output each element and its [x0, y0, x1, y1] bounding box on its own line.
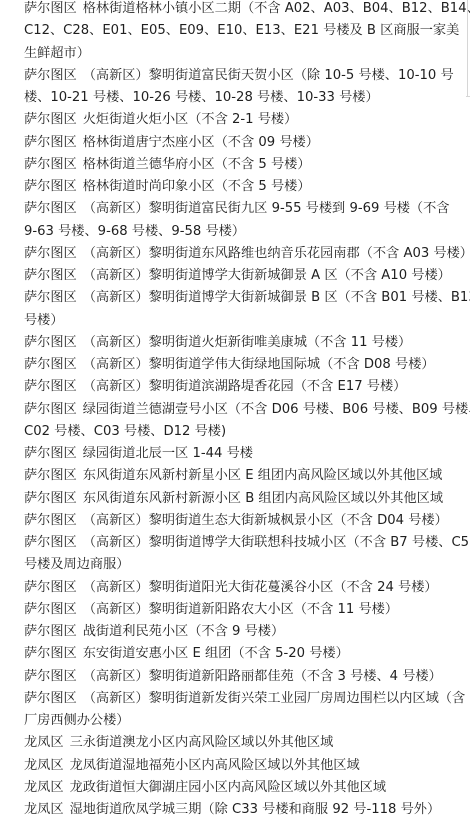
district-name: 萨尔图区: [24, 691, 77, 706]
area-text: （高新区）黎明街道富民街天贺小区（除 10-5 号楼、10-10 号: [83, 68, 454, 83]
area-text: （高新区）黎明街道博学大街联想科技城小区（不含 B7 号楼、C5: [83, 535, 469, 550]
district-name: 萨尔图区: [24, 535, 77, 550]
district-name: 萨尔图区: [24, 669, 77, 684]
area-text: 楼、10-21 号楼、10-26 号楼、10-28 号楼、10-33 号楼）: [24, 90, 379, 105]
area-text: （高新区）黎明街道新阳路丽都佳苑（不含 3 号楼、4 号楼）: [83, 669, 442, 684]
district-name: 萨尔图区: [24, 1, 77, 16]
area-text: （高新区）黎明街道新发街兴荣工业园厂房周边围栏以内区域（含: [83, 691, 465, 706]
district-name: 萨尔图区: [24, 402, 77, 417]
doc-line: 龙凤区三永街道澳龙小区内高风险区域以外其他区域: [24, 732, 454, 754]
doc-line: 萨尔图区格林街道格林小镇小区二期（不含 A02、A03、B04、B12、B14、: [24, 0, 454, 20]
doc-line: 厂房西侧办公楼）: [24, 710, 454, 732]
area-text: 东安街道安惠小区 E 组团（不含 5-20 号楼）: [83, 646, 349, 661]
district-name: 萨尔图区: [24, 580, 77, 595]
area-text: 厂房西侧办公楼）: [24, 713, 130, 728]
area-text: 9-63 号楼、9-68 号楼、9-58 号楼）: [24, 224, 245, 239]
area-text: 格林街道格林小镇小区二期（不含 A02、A03、B04、B12、B14、: [83, 1, 470, 16]
district-name: 萨尔图区: [24, 513, 77, 528]
doc-line: 萨尔图区（高新区）黎明街道博学大街新城御景 B 区（不含 B01 号楼、B13: [24, 287, 454, 309]
doc-line: 萨尔图区（高新区）黎明街道富民街九区 9-55 号楼到 9-69 号楼（不含: [24, 198, 454, 220]
area-text: 格林街道唐宁杰座小区（不含 09 号楼）: [83, 135, 319, 150]
doc-line: 萨尔图区绿园街道北辰一区 1-44 号楼: [24, 443, 454, 465]
area-text: （高新区）黎明街道火炬新街唯美康城（不含 11 号楼）: [83, 335, 411, 350]
doc-line: C12、C28、E01、E05、E09、E10、E13、E21 号楼及 B 区商…: [24, 20, 454, 42]
doc-line: 萨尔图区（高新区）黎明街道滨湖路堤香花园（不含 E17 号楼）: [24, 376, 454, 398]
area-text: 龙凤街道湿地福苑小区内高风险区域以外其他区域: [70, 758, 360, 773]
doc-line: 生鲜超市）: [24, 43, 454, 65]
area-text: （高新区）黎明街道阳光大街花蔓溪谷小区（不含 24 号楼）: [83, 580, 438, 595]
area-text: 格林街道兰德华府小区（不含 5 号楼）: [83, 157, 311, 172]
area-text: 火炬街道火炬小区（不含 2-1 号楼）: [83, 112, 298, 127]
area-text: （高新区）黎明街道博学大街新城御景 B 区（不含 B01 号楼、B13: [83, 290, 470, 305]
district-name: 萨尔图区: [24, 157, 77, 172]
district-name: 萨尔图区: [24, 602, 77, 617]
district-name: 萨尔图区: [24, 290, 77, 305]
doc-line: 号楼）: [24, 310, 454, 332]
area-text: 战街道利民苑小区（不含 9 号楼）: [83, 624, 284, 639]
doc-line: 9-63 号楼、9-68 号楼、9-58 号楼）: [24, 221, 454, 243]
doc-line: 龙凤区龙凤街道湿地福苑小区内高风险区域以外其他区域: [24, 755, 454, 777]
doc-line: 萨尔图区（高新区）黎明街道新阳路农大小区（不含 11 号楼）: [24, 599, 454, 621]
area-text: 生鲜超市）: [24, 46, 90, 61]
area-text: （高新区）黎明街道新阳路农大小区（不含 11 号楼）: [83, 602, 398, 617]
area-text: 东风街道东风新村新源小区 B 组团内高风险区域以外其他区域: [83, 491, 443, 506]
doc-line: 萨尔图区格林街道兰德华府小区（不含 5 号楼）: [24, 154, 454, 176]
district-name: 龙凤区: [24, 735, 64, 750]
doc-line: 萨尔图区火炬街道火炬小区（不含 2-1 号楼）: [24, 109, 454, 131]
area-text: （高新区）黎明街道生态大街新城枫景小区（不含 D04 号楼）: [83, 513, 448, 528]
area-text: 龙政街道恒大御湖庄园小区内高风险区域以外其他区域: [70, 780, 387, 795]
doc-line: 萨尔图区格林街道时尚印象小区（不含 5 号楼）: [24, 176, 454, 198]
doc-line: 萨尔图区（高新区）黎明街道生态大街新城枫景小区（不含 D04 号楼）: [24, 510, 454, 532]
doc-line: 萨尔图区（高新区）黎明街道学伟大街绿地国际城（不含 D08 号楼）: [24, 354, 454, 376]
doc-line: 萨尔图区（高新区）黎明街道新发街兴荣工业园厂房周边围栏以内区域（含: [24, 688, 454, 710]
page-edge-divider: [467, 0, 468, 97]
doc-line: 萨尔图区（高新区）黎明街道新阳路丽都佳苑（不含 3 号楼、4 号楼）: [24, 666, 454, 688]
area-text: C12、C28、E01、E05、E09、E10、E13、E21 号楼及 B 区商…: [24, 23, 459, 38]
area-text: （高新区）黎明街道博学大街新城御景 A 区（不含 A10 号楼）: [83, 268, 451, 283]
area-text: （高新区）黎明街道富民街九区 9-55 号楼到 9-69 号楼（不含: [83, 201, 450, 216]
district-name: 萨尔图区: [24, 379, 77, 394]
doc-line: 萨尔图区战街道利民苑小区（不含 9 号楼）: [24, 621, 454, 643]
doc-line: 龙凤区湿地街道欣凤学城三期（除 C33 号楼和商服 92 号-118 号外）: [24, 799, 454, 821]
area-text: 东风街道东风新村新星小区 E 组团内高风险区域以外其他区域: [83, 468, 443, 483]
doc-line: 萨尔图区（高新区）黎明街道博学大街新城御景 A 区（不含 A10 号楼）: [24, 265, 454, 287]
doc-line: 萨尔图区东安街道安惠小区 E 组团（不含 5-20 号楼）: [24, 643, 454, 665]
area-text: 格林街道时尚印象小区（不含 5 号楼）: [83, 179, 311, 194]
doc-line: 萨尔图区（高新区）黎明街道阳光大街花蔓溪谷小区（不含 24 号楼）: [24, 577, 454, 599]
document-body: 萨尔图区格林街道格林小镇小区二期（不含 A02、A03、B04、B12、B14、…: [24, 0, 454, 821]
doc-line: 萨尔图区（高新区）黎明街道东风路维也纳音乐花园南郡（不含 A03 号楼）: [24, 243, 454, 265]
doc-line: 号楼及周边商服）: [24, 554, 454, 576]
doc-line: 萨尔图区东风街道东风新村新源小区 B 组团内高风险区域以外其他区域: [24, 488, 454, 510]
district-name: 萨尔图区: [24, 646, 77, 661]
doc-line: 萨尔图区绿园街道兰德湖壹号小区（不含 D06 号楼、B06 号楼、B09 号楼、: [24, 399, 454, 421]
area-text: 号楼及周边商服）: [24, 557, 130, 572]
doc-line: C02 号楼、C03 号楼、D12 号楼): [24, 421, 454, 443]
area-text: 绿园街道兰德湖壹号小区（不含 D06 号楼、B06 号楼、B09 号楼、: [83, 402, 470, 417]
district-name: 萨尔图区: [24, 491, 77, 506]
district-name: 萨尔图区: [24, 335, 77, 350]
district-name: 萨尔图区: [24, 201, 77, 216]
district-name: 萨尔图区: [24, 357, 77, 372]
district-name: 萨尔图区: [24, 268, 77, 283]
district-name: 龙凤区: [24, 802, 64, 817]
doc-line: 龙凤区龙政街道恒大御湖庄园小区内高风险区域以外其他区域: [24, 777, 454, 799]
doc-line: 萨尔图区（高新区）黎明街道富民街天贺小区（除 10-5 号楼、10-10 号: [24, 65, 454, 87]
page-edge-corner: [466, 96, 470, 97]
district-name: 萨尔图区: [24, 468, 77, 483]
district-name: 龙凤区: [24, 780, 64, 795]
area-text: （高新区）黎明街道东风路维也纳音乐花园南郡（不含 A03 号楼）: [83, 246, 470, 261]
district-name: 龙凤区: [24, 758, 64, 773]
area-text: （高新区）黎明街道学伟大街绿地国际城（不含 D08 号楼）: [83, 357, 435, 372]
doc-line: 萨尔图区格林街道唐宁杰座小区（不含 09 号楼）: [24, 132, 454, 154]
area-text: C02 号楼、C03 号楼、D12 号楼): [24, 424, 226, 439]
district-name: 萨尔图区: [24, 135, 77, 150]
area-text: 号楼）: [24, 313, 64, 328]
area-text: （高新区）黎明街道滨湖路堤香花园（不含 E17 号楼）: [83, 379, 407, 394]
area-text: 绿园街道北辰一区 1-44 号楼: [83, 446, 253, 461]
district-name: 萨尔图区: [24, 446, 77, 461]
district-name: 萨尔图区: [24, 179, 77, 194]
area-text: 三永街道澳龙小区内高风险区域以外其他区域: [70, 735, 334, 750]
district-name: 萨尔图区: [24, 112, 77, 127]
doc-line: 楼、10-21 号楼、10-26 号楼、10-28 号楼、10-33 号楼）: [24, 87, 454, 109]
district-name: 萨尔图区: [24, 246, 77, 261]
doc-line: 萨尔图区东风街道东风新村新星小区 E 组团内高风险区域以外其他区域: [24, 465, 454, 487]
district-name: 萨尔图区: [24, 624, 77, 639]
district-name: 萨尔图区: [24, 68, 77, 83]
area-text: 湿地街道欣凤学城三期（除 C33 号楼和商服 92 号-118 号外）: [70, 802, 441, 817]
doc-line: 萨尔图区（高新区）黎明街道火炬新街唯美康城（不含 11 号楼）: [24, 332, 454, 354]
doc-line: 萨尔图区（高新区）黎明街道博学大街联想科技城小区（不含 B7 号楼、C5: [24, 532, 454, 554]
